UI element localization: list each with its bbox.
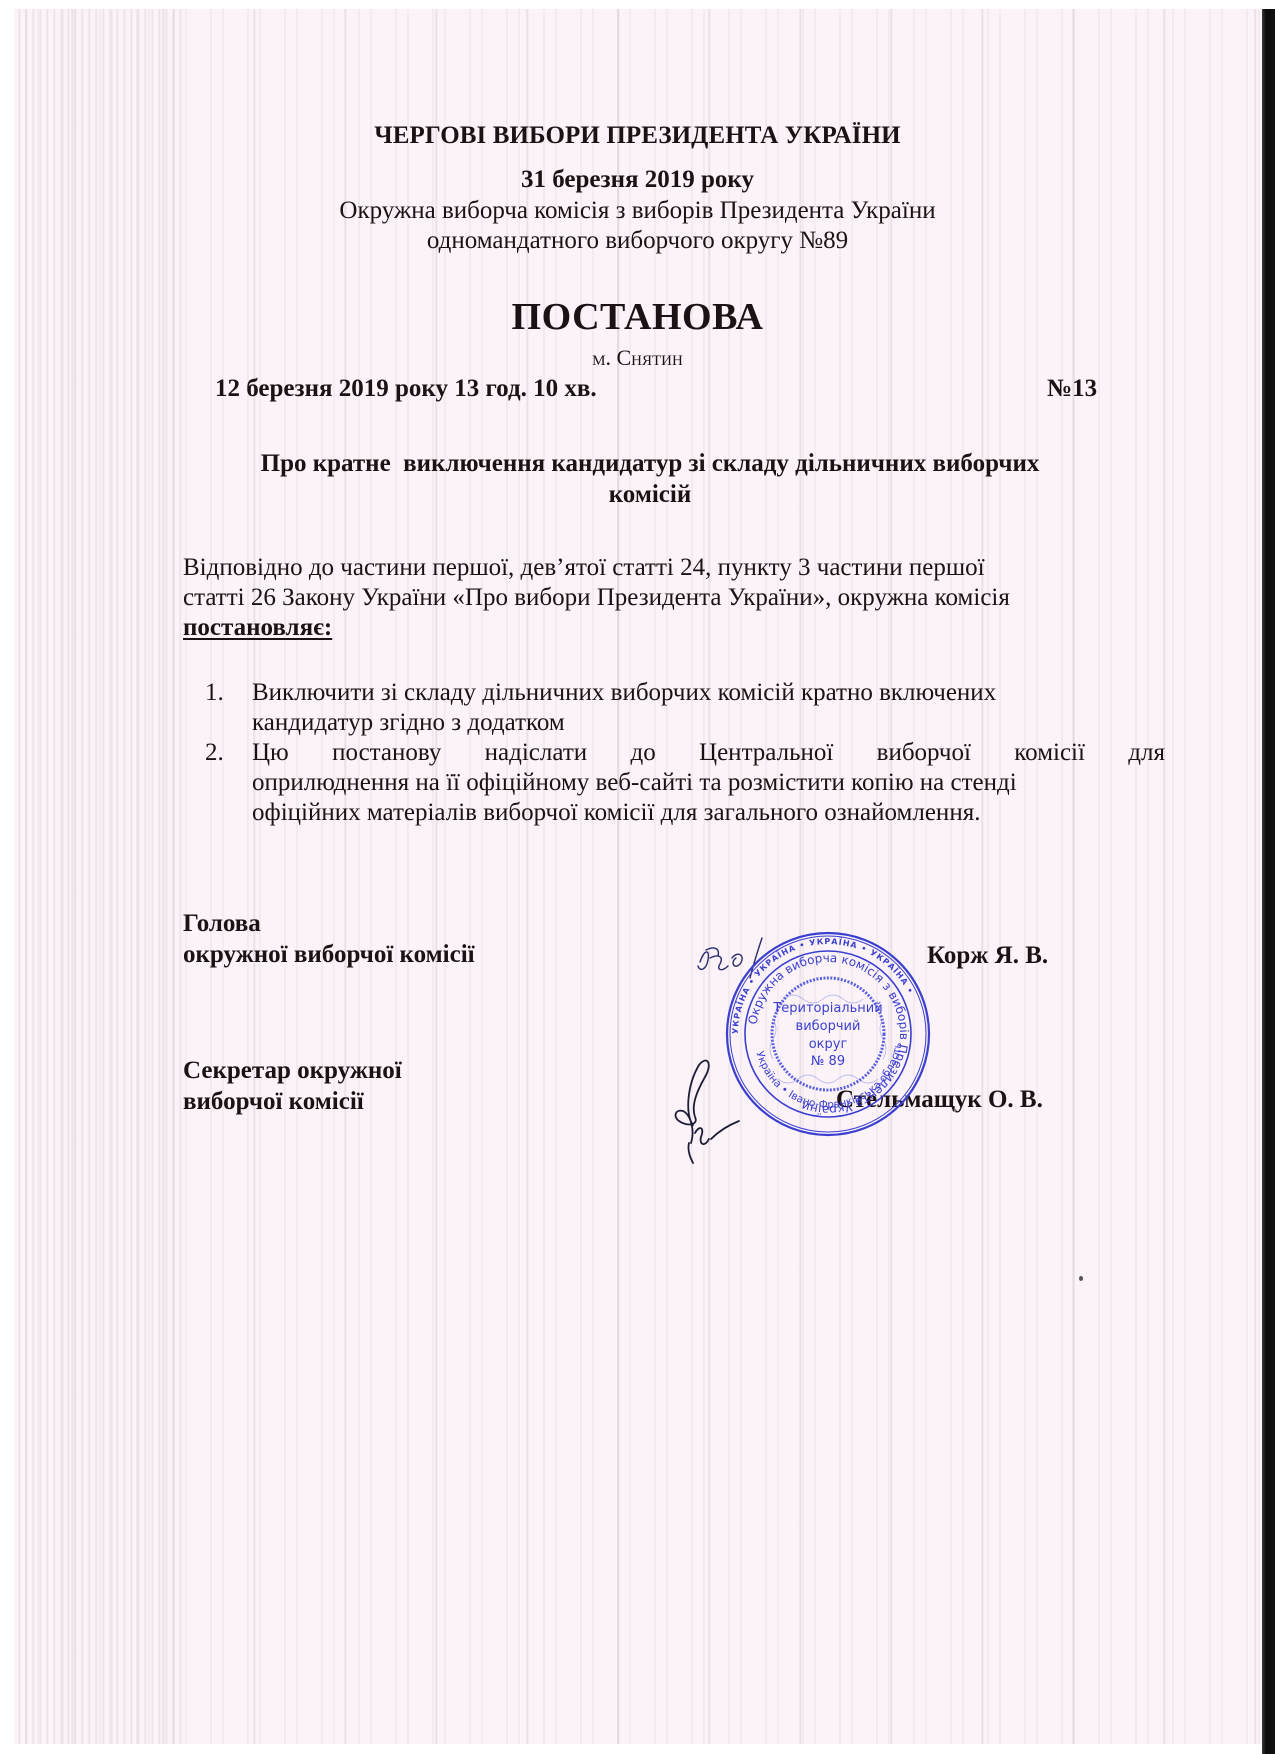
stamp-center-line: Територіальний (772, 1001, 882, 1016)
subject-line: Про кратне виключення кандидатур зі скла… (180, 448, 1120, 479)
resolution-items: 1. Виключити зі складу дільничних виборч… (205, 678, 1165, 828)
preamble-line: статті 26 Закону України «Про вибори Пре… (183, 583, 1168, 613)
preamble: Відповідно до частини першої, дев’ятої с… (183, 553, 1168, 643)
preamble-line: Відповідно до частини першої, дев’ятої с… (183, 553, 1168, 583)
document-date-time: 12 березня 2019 року 13 год. 10 хв. (215, 375, 597, 403)
commission-name: Окружна виборча комісія з виборів Презид… (0, 197, 1275, 225)
chair-title-line: окружної виборчої комісії (183, 939, 475, 970)
city: м. Снятин (0, 345, 1275, 371)
item-line: Цю постанову надіслати до Центральної ви… (252, 738, 1165, 768)
chair-title: Голова окружної виборчої комісії (183, 908, 475, 970)
election-title: ЧЕРГОВІ ВИБОРИ ПРЕЗИДЕНТА УКРАЇНИ (0, 122, 1275, 150)
item-number: 2. (205, 738, 224, 768)
resolution-item: 2. Цю постанову надіслати до Центральної… (205, 738, 1165, 828)
item-line: офіційних матеріалів виборчої комісії дл… (252, 798, 1165, 828)
scanned-page: ЧЕРГОВІ ВИБОРИ ПРЕЗИДЕНТА УКРАЇНИ 31 бер… (0, 0, 1275, 1754)
stamp-center-line: № 89 (811, 1054, 845, 1069)
resolution-item: 1. Виключити зі складу дільничних виборч… (205, 678, 1165, 738)
election-date: 31 березня 2019 року (0, 166, 1275, 194)
subject-line: комісій (180, 479, 1120, 510)
secretary-title-line: Секретар окружної (183, 1055, 402, 1086)
document-number: №13 (1047, 375, 1097, 403)
document-subject: Про кратне виключення кандидатур зі скла… (180, 448, 1120, 510)
chair-name: Корж Я. В. (927, 942, 1048, 970)
item-line: Виключити зі складу дільничних виборчих … (252, 678, 1165, 708)
item-number: 1. (205, 678, 224, 708)
secretary-title-line: виборчої комісії (183, 1086, 402, 1117)
official-stamp-icon: УКРАЇНА • УКРАЇНА • УКРАЇНА • УКРАЇНА • … (723, 929, 933, 1139)
secretary-title: Секретар окружної виборчої комісії (183, 1055, 402, 1117)
item-line: кандидатур згідно з додатком (252, 708, 1165, 738)
document-type-heading: ПОСТАНОВА (0, 295, 1275, 339)
chair-title-line: Голова (183, 908, 475, 939)
item-line: оприлюднення на її офіційному веб-сайті … (252, 768, 1165, 798)
decides-keyword: постановляє: (183, 614, 332, 641)
stamp-center-line: виборчий (796, 1019, 861, 1034)
district-name: одномандатного виборчого округу №89 (0, 227, 1275, 255)
paper-speck (1079, 1276, 1083, 1281)
stamp-center-line: округ (809, 1037, 848, 1052)
document-body: ЧЕРГОВІ ВИБОРИ ПРЕЗИДЕНТА УКРАЇНИ 31 бер… (0, 0, 1275, 1754)
